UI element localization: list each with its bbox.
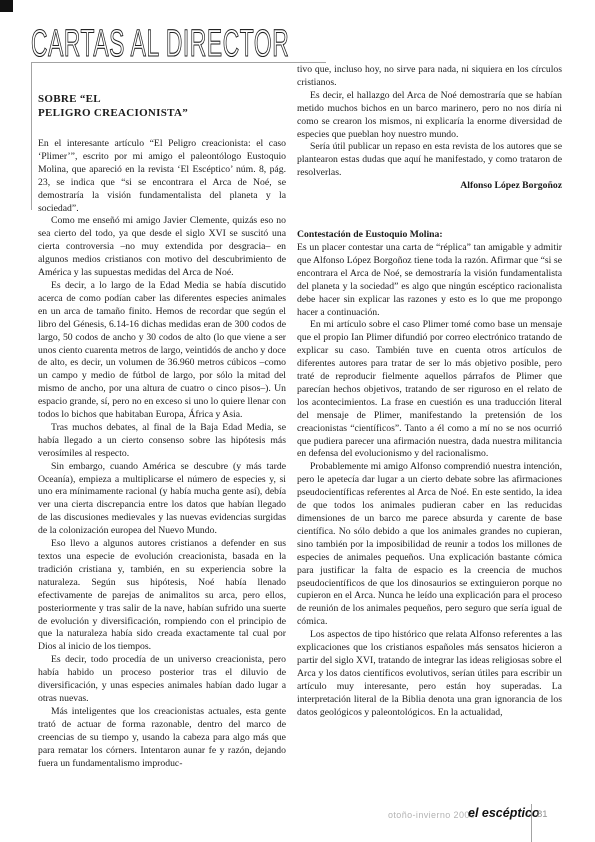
page-title: CARTAS AL DIRECTOR [31, 25, 289, 63]
print-corner-mark [0, 0, 13, 12]
letter-signature: Alfonso López Borgoñoz [297, 180, 562, 193]
reply-paragraph: En mi artículo sobre el caso Plimer tomé… [297, 319, 562, 461]
footer-page-number: 81 [537, 809, 548, 820]
letter-paragraph: En el interesante artículo “El Peligro c… [38, 138, 286, 215]
letter-paragraph: Como me enseñó mi amigo Javier Clemente,… [38, 215, 286, 280]
letter-paragraph: Sería útil publicar un repaso en esta re… [297, 141, 562, 180]
letter-paragraph: Es decir, a lo largo de la Edad Media se… [38, 280, 286, 422]
letter-paragraph: Sin embargo, cuando América se descubre … [38, 461, 286, 538]
right-column: tivo que, incluso hoy, no sirve para nad… [297, 64, 562, 802]
letter-heading-line2: PELIGRO CREACIONISTA” [38, 107, 188, 119]
reply-paragraph: Es un placer contestar una carta de “rép… [297, 242, 562, 319]
letter-paragraph: Es decir, el hallazgo del Arca de Noé de… [297, 90, 562, 142]
left-column: SOBRE “EL PELIGRO CREACIONISTA” En el in… [38, 92, 286, 808]
footer-issue-label: otoño-invierno 2000 [388, 810, 475, 820]
letter-heading-line1: SOBRE “EL [38, 93, 101, 105]
left-vertical-rule [31, 62, 32, 210]
reply-paragraph: Los aspectos de tipo histórico que relat… [297, 629, 562, 719]
letter-paragraph: Más inteligentes que los creacionistas a… [38, 706, 286, 771]
letter-paragraph: tivo que, incluso hoy, no sirve para nad… [297, 64, 562, 90]
footer-magazine-name: el escéptico [468, 806, 540, 820]
reply-paragraph: Probablemente mi amigo Alfonso comprendi… [297, 461, 562, 629]
footer-divider-rule [531, 804, 532, 842]
letter-paragraph: Es decir, todo procedía de un universo c… [38, 654, 286, 706]
magazine-page: CARTAS AL DIRECTOR SOBRE “EL PELIGRO CRE… [0, 0, 595, 842]
reply-heading: Contestación de Eustoquio Molina: [297, 229, 562, 242]
title-underline-rule [31, 62, 326, 63]
letter-paragraph: Tras muchos debates, al final de la Baja… [38, 422, 286, 461]
letter-heading: SOBRE “EL PELIGRO CREACIONISTA” [38, 92, 286, 120]
letter-paragraph: Eso llevo a algunos autores cristianos a… [38, 538, 286, 654]
